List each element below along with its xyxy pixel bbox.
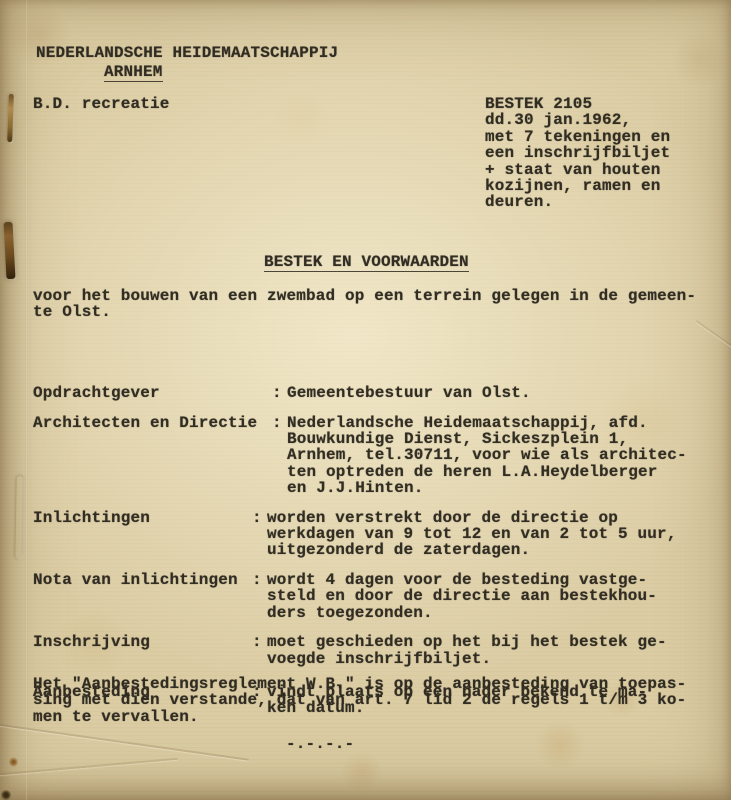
entry-label: Architecten en Directie (33, 415, 272, 497)
company-name: NEDERLANDSCHE HEIDEMAATSCHAPPIJ (36, 45, 338, 61)
text-line: sing met dien verstande, dat van art. 7 … (33, 692, 686, 708)
closing-paragraph: Het "Aanbestedingsreglement W.B." is op … (33, 676, 686, 725)
crease-line (0, 758, 178, 777)
text-line: moet geschieden op het bij het bestek ge… (267, 634, 667, 650)
entry-colon: : (272, 415, 287, 497)
staple (4, 222, 16, 279)
entry-text: wordt 4 dagen voor de besteding vastge-s… (267, 572, 657, 621)
company-city: ARNHEM (104, 64, 163, 82)
text-line: kozijnen, ramen en (485, 178, 670, 194)
text-line: dd.30 jan.1962, (485, 112, 670, 128)
entry-colon: : (252, 634, 267, 667)
end-separator: -.-.-.- (286, 736, 354, 752)
staple (7, 94, 14, 142)
text-line: met 7 tekeningen en (485, 129, 670, 145)
crease-line (25, 0, 28, 800)
text-line: worden verstrekt door de directie op (267, 510, 677, 526)
entry-label: Nota van inlichtingen (33, 572, 252, 621)
text-line: steld en door de directie aan bestekhou- (267, 588, 657, 604)
text-line: werkdagen van 9 tot 12 en van 2 tot 5 uu… (267, 526, 677, 542)
text-line: ders toegezonden. (267, 605, 657, 621)
bestek-reference-block: BESTEK 2105dd.30 jan.1962,met 7 tekening… (485, 96, 670, 211)
rust-stain (9, 757, 18, 767)
entry-label: Inlichtingen (33, 510, 252, 559)
entry-colon: : (252, 510, 267, 559)
text-line: deuren. (485, 194, 670, 210)
text-line: uitgezonderd de zaterdagen. (267, 542, 677, 558)
text-line: ten optreden de heren L.A.Heydelberger (287, 464, 687, 480)
entry-colon: : (252, 572, 267, 621)
entry-text: worden verstrekt door de directie opwerk… (267, 510, 677, 559)
text-line: wordt 4 dagen voor de besteding vastge- (267, 572, 657, 588)
text-line: Nederlandsche Heidemaatschappij, afd. (287, 415, 687, 431)
text-line: en J.J.Hinten. (287, 480, 687, 496)
text-line: + staat van houten (485, 162, 670, 178)
corner-mark (1, 790, 11, 800)
entry-text: Nederlandsche Heidemaatschappij, afd.Bou… (287, 415, 687, 497)
text-line: Arnhem, tel.30711, voor wie als architec… (287, 447, 687, 463)
document-title: BESTEK EN VOORWAARDEN (264, 254, 469, 272)
text-line: Het "Aanbestedingsreglement W.B." is op … (33, 676, 686, 692)
document-page: NEDERLANDSCHE HEIDEMAATSCHAPPIJ ARNHEM B… (0, 0, 731, 800)
text-line: voor het bouwen van een zwembad op een t… (33, 288, 696, 304)
entry-row: Architecten en Directie : Nederlandsche … (33, 415, 713, 497)
entry-row: Inlichtingen : worden verstrekt door de … (33, 510, 713, 559)
intro-paragraph: voor het bouwen van een zwembad op een t… (33, 288, 696, 321)
entry-text: moet geschieden op het bij het bestek ge… (267, 634, 667, 667)
entry-text: Gemeentebestuur van Olst. (287, 385, 531, 401)
text-line: voegde inschrijfbiljet. (267, 651, 667, 667)
text-line: men te vervallen. (33, 709, 686, 725)
department-line: B.D. recreatie (33, 96, 170, 112)
text-line: Gemeentebestuur van Olst. (287, 385, 531, 401)
entry-colon: : (272, 385, 287, 401)
entry-row: Inschrijving : moet geschieden op het bi… (33, 634, 713, 667)
entry-label: Inschrijving (33, 634, 252, 667)
text-line: een inschrijfbiljet (485, 145, 670, 161)
entries-list: Opdrachtgever : Gemeentebestuur van Olst… (33, 336, 713, 730)
text-line: Bouwkundige Dienst, Sickeszplein 1, (287, 431, 687, 447)
entry-row: Nota van inlichtingen : wordt 4 dagen vo… (33, 572, 713, 621)
entry-label: Opdrachtgever (33, 385, 272, 401)
text-line: BESTEK 2105 (485, 96, 670, 112)
staple (15, 476, 22, 558)
text-line: te Olst. (33, 304, 696, 320)
entry-row: Opdrachtgever : Gemeentebestuur van Olst… (33, 385, 713, 401)
